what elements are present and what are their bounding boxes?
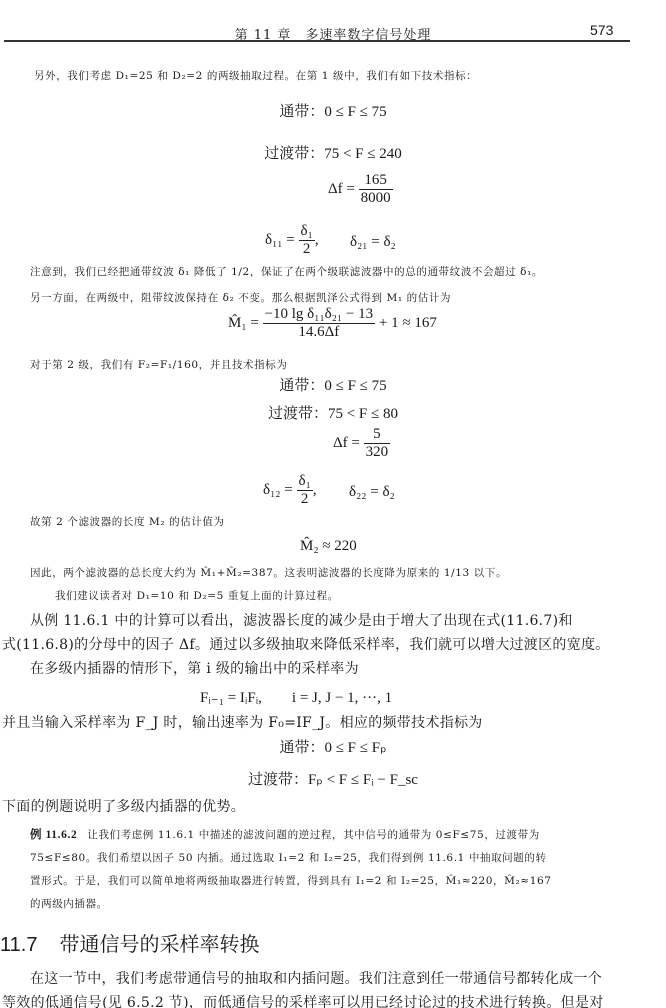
note-line-1: 注意到，我们已经把通带纹波 δ₁ 降低了 1/2，保证了在两个级联滤波器中的总的… (30, 264, 543, 279)
para3: 并且当输入采样率为 F_J 时，输出速率为 F₀=IF_J。相应的频带技术指标为 (2, 712, 483, 732)
delta11-lhs: δ₁₁ = (265, 232, 295, 248)
delta-f-lhs: Δf = (328, 181, 355, 197)
para4: 下面的例题说明了多级内插器的优势。 (2, 796, 245, 816)
interp-transition: 过渡带：Fₚ < F ≤ Fᵢ − F_sc (0, 768, 666, 789)
total-length: 因此，两个滤波器的总长度大约为 M̂₁+M̂₂=387。这表明滤波器的长度降为原… (30, 565, 507, 580)
m1-fraction: −10 lg δ₁₁δ₂₁ − 13 14.6Δf (263, 306, 376, 342)
delta-f-fraction: 165 8000 (359, 172, 393, 208)
denominator: 320 (364, 444, 391, 461)
para2: 在多级内插器的情形下，第 i 级的输出中的采样率为 (30, 658, 359, 678)
denominator: 2 (297, 491, 313, 508)
section-line1: 在这一节中，我们考虑带通信号的抽取和内插问题。我们注意到任一带通信号都转化成一个 (30, 968, 602, 988)
example-line1: 例 11.6.2让我们考虑例 11.6.1 中描述的滤波问题的逆过程，其中信号的… (30, 826, 540, 842)
interp-passband: 通带：0 ≤ F ≤ Fₚ (0, 736, 666, 757)
numerator: 5 (364, 426, 391, 444)
numerator: δ₁ (297, 473, 313, 491)
header-rule (4, 40, 630, 42)
delta-f-lhs: Δf = (333, 435, 360, 451)
para1-line2: 式(11.6.8)的分母中的因子 Δf。通过以多级抽取来降低采样率，我们就可以增… (2, 634, 610, 654)
stage2-delta22: δ₂₂ = δ₂ (349, 484, 395, 501)
stage2-delta-f: Δf = 5 320 (333, 426, 390, 462)
stage1-delta21: δ₂₁ = δ₂ (350, 234, 396, 251)
numerator: δ₁ (299, 223, 315, 241)
delta12-fraction: δ₁ 2 (297, 473, 313, 509)
delta12-lhs: δ₁₂ = (263, 482, 293, 498)
example-line3: 置形式。于是，我们可以简单地将两级抽取器进行转置，得到具有 I₁=2 和 I₂=… (30, 873, 552, 888)
section-line2: 等效的低通信号(见 6.5.2 节)，而低通信号的采样率可以用已经讨论过的技术进… (2, 992, 604, 1008)
para1-line1: 从例 11.6.1 中的计算可以看出，滤波器长度的减少是由于增大了出现在式(11… (30, 610, 573, 630)
stage1-delta-f: Δf = 165 8000 (328, 172, 393, 208)
section-title: 带通信号的采样率转换 (59, 934, 259, 956)
stage1-delta11: δ₁₁ = δ₁ 2 , (265, 223, 319, 259)
example-line2: 75≤F≤80。我们希望以因子 50 内插。通过选取 I₁=2 和 I₂=25，… (30, 850, 547, 865)
suggestion: 我们建议读者对 D₁=10 和 D₂=5 重复上面的计算过程。 (55, 588, 339, 603)
stage1-passband: 通带：0 ≤ F ≤ 75 (0, 100, 666, 121)
stage2-delta12: δ₁₂ = δ₁ 2 , (263, 473, 317, 509)
m2-intro: 故第 2 个滤波器的长度 M₂ 的估计值为 (30, 514, 225, 529)
stage2-transition: 过渡带：75 < F ≤ 80 (0, 402, 666, 423)
delta-f-fraction: 5 320 (364, 426, 391, 462)
stage1-intro: 另外，我们考虑 D₁=25 和 D₂=2 的两级抽取过程。在第 1 级中，我们有… (34, 68, 477, 83)
rate-equation: Fᵢ₋₁ = IᵢFᵢ, i = J, J − 1, ···, 1 (200, 686, 392, 707)
numerator: 165 (359, 172, 393, 190)
numerator: −10 lg δ₁₁δ₂₁ − 13 (263, 306, 376, 324)
stage1-transition: 过渡带：75 < F ≤ 240 (0, 142, 666, 163)
m2-equation: M̂₂ ≈ 220 (300, 538, 357, 555)
denominator: 2 (299, 241, 315, 258)
m1-rhs: + 1 ≈ 167 (379, 315, 437, 331)
m1-equation: M̂₁ = −10 lg δ₁₁δ₂₁ − 13 14.6Δf + 1 ≈ 16… (228, 306, 437, 342)
note-line-2: 另一方面，在两级中，阻带纹波保持在 δ₂ 不变。那么根据凯泽公式得到 M₁ 的估… (30, 290, 451, 305)
stage2-intro: 对于第 2 级，我们有 F₂=F₁/160，并且技术指标为 (30, 357, 287, 372)
m1-lhs: M̂₁ = (228, 315, 259, 331)
section-heading: 11.7带通信号的采样率转换 (0, 928, 259, 957)
section-number: 11.7 (0, 934, 37, 956)
example-text: 让我们考虑例 11.6.1 中描述的滤波问题的逆过程，其中信号的通带为 0≤F≤… (87, 829, 540, 841)
example-line4: 的两级内插器。 (30, 896, 108, 911)
denominator: 14.6Δf (263, 324, 376, 341)
delta11-fraction: δ₁ 2 (299, 223, 315, 259)
page-number: 573 (590, 22, 613, 38)
example-label: 例 11.6.2 (30, 829, 77, 841)
stage2-passband: 通带：0 ≤ F ≤ 75 (0, 374, 666, 395)
denominator: 8000 (359, 190, 393, 207)
